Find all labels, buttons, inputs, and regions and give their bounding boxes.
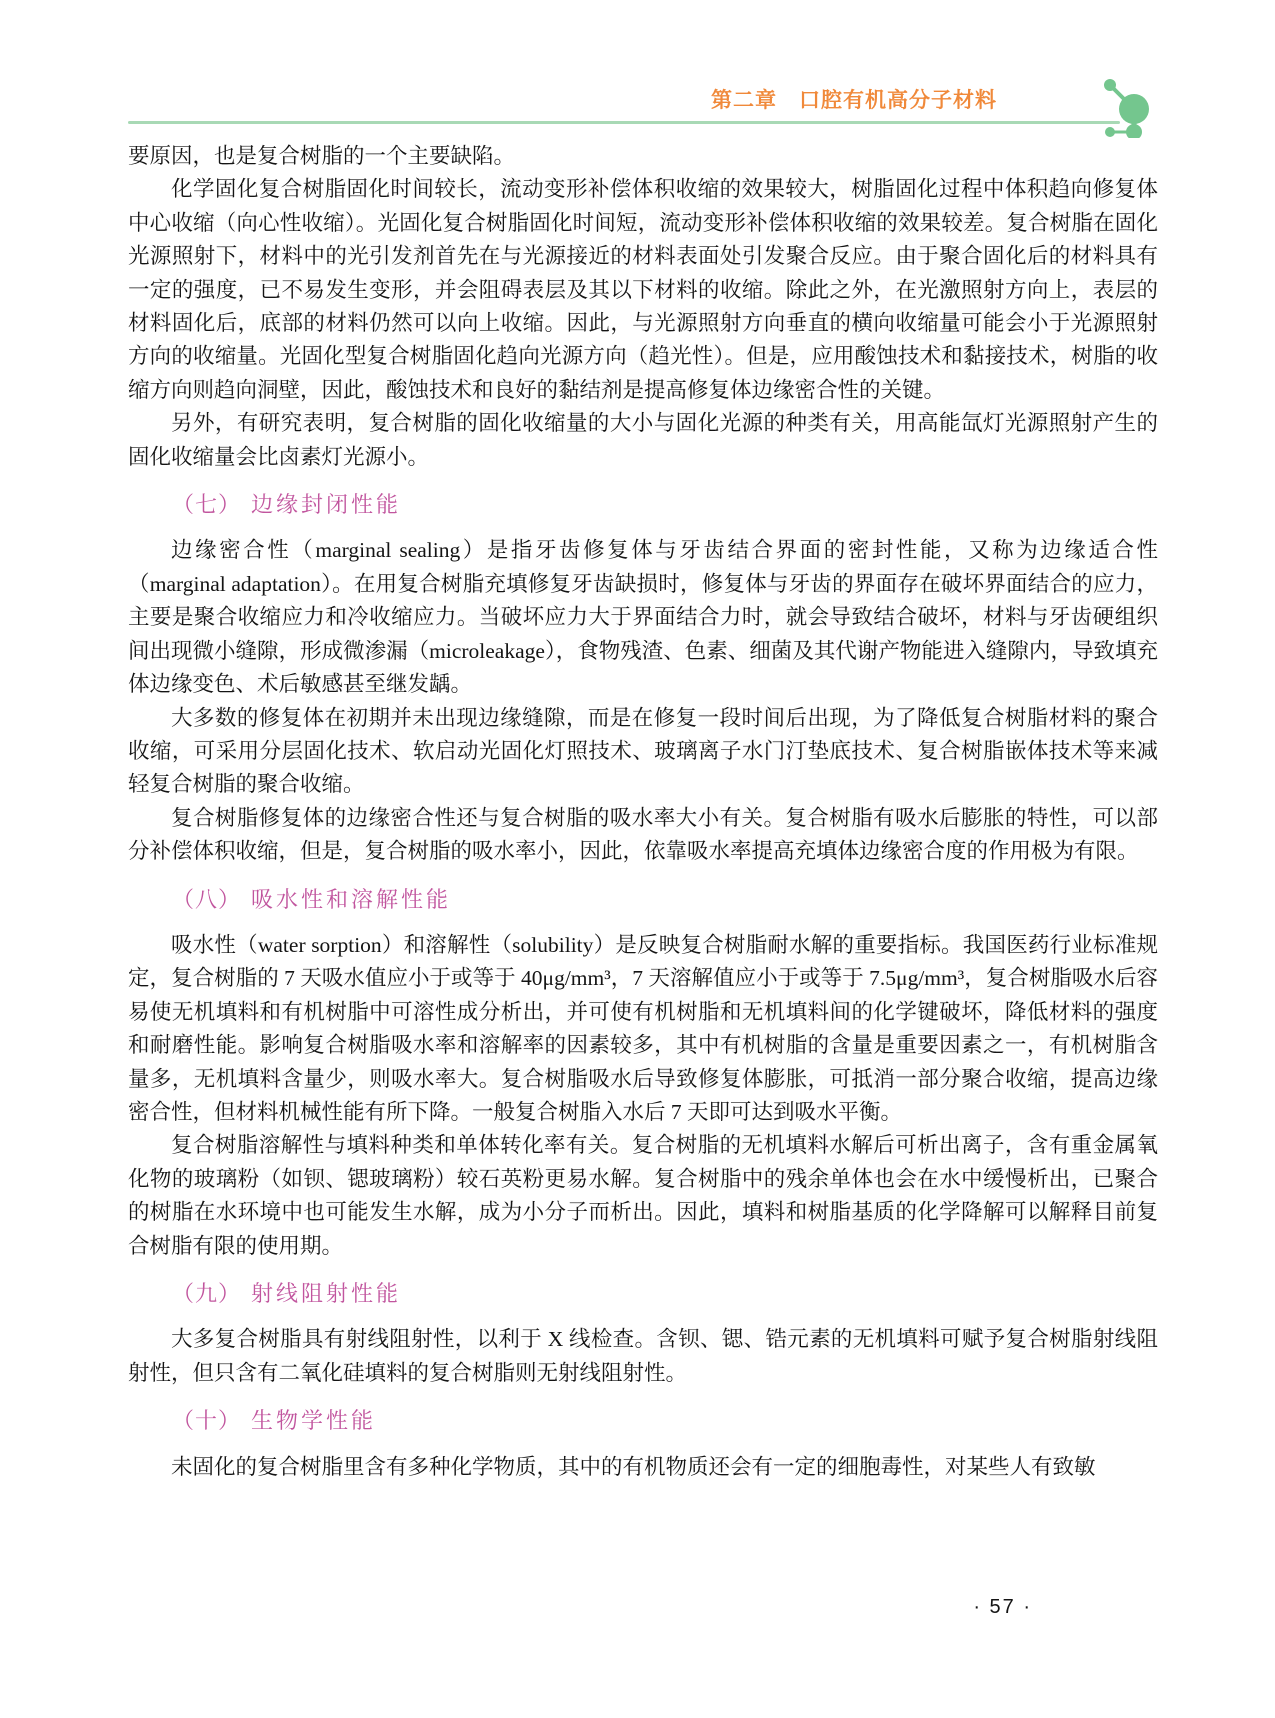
- body-paragraph: 要原因，也是复合树脂的一个主要缺陷。: [128, 140, 1158, 173]
- section-heading-water-sorption: （八）吸水性和溶解性能: [172, 883, 1158, 916]
- section-number: （八）: [172, 887, 241, 912]
- header-rule: [128, 121, 1120, 124]
- body-paragraph: 边缘密合性（marginal sealing）是指牙齿修复体与牙齿结合界面的密封…: [128, 534, 1158, 701]
- body-paragraph: 复合树脂修复体的边缘密合性还与复合树脂的吸水率大小有关。复合树脂有吸水后膨胀的特…: [128, 802, 1158, 869]
- section-number: （十）: [172, 1408, 241, 1433]
- section-title: 边缘封闭性能: [251, 492, 401, 517]
- section-number: （九）: [172, 1281, 241, 1306]
- body-paragraph: 大多复合树脂具有射线阻射性，以利于 X 线检查。含钡、锶、锆元素的无机填料可赋予…: [128, 1323, 1158, 1390]
- chapter-label: 第二章: [711, 89, 777, 112]
- page-number: · 57 ·: [973, 1596, 1032, 1619]
- body-paragraph: 复合树脂溶解性与填料种类和单体转化率有关。复合树脂的无机填料水解后可析出离子，含…: [128, 1129, 1158, 1263]
- body-paragraph: 大多数的修复体在初期并未出现边缘缝隙，而是在修复一段时间后出现，为了降低复合树脂…: [128, 702, 1158, 802]
- body-paragraph: 化学固化复合树脂固化时间较长，流动变形补偿体积收缩的效果较大，树脂固化过程中体积…: [128, 173, 1158, 407]
- body-paragraph: 未固化的复合树脂里含有多种化学物质，其中的有机物质还会有一定的细胞毒性，对某些人…: [128, 1451, 1158, 1484]
- chapter-title: 口腔有机高分子材料: [799, 89, 997, 112]
- section-title: 射线阻射性能: [251, 1281, 401, 1306]
- molecule-icon: [1098, 76, 1154, 138]
- page-body: 要原因，也是复合树脂的一个主要缺陷。 化学固化复合树脂固化时间较长，流动变形补偿…: [128, 140, 1158, 1484]
- section-heading-biological: （十）生物学性能: [172, 1404, 1158, 1437]
- section-title: 吸水性和溶解性能: [251, 887, 451, 912]
- section-number: （七）: [172, 492, 241, 517]
- section-title: 生物学性能: [251, 1408, 376, 1433]
- section-heading-radiopacity: （九）射线阻射性能: [172, 1277, 1158, 1310]
- body-paragraph: 另外，有研究表明，复合树脂的固化收缩量的大小与固化光源的种类有关，用高能氙灯光源…: [128, 407, 1158, 474]
- book-page: { "header": { "chapter_label": "第二章", "c…: [0, 0, 1275, 1718]
- section-heading-marginal-sealing: （七）边缘封闭性能: [172, 488, 1158, 521]
- chapter-header: 第二章口腔有机高分子材料: [711, 84, 997, 114]
- body-paragraph: 吸水性（water sorption）和溶解性（solubility）是反映复合…: [128, 929, 1158, 1129]
